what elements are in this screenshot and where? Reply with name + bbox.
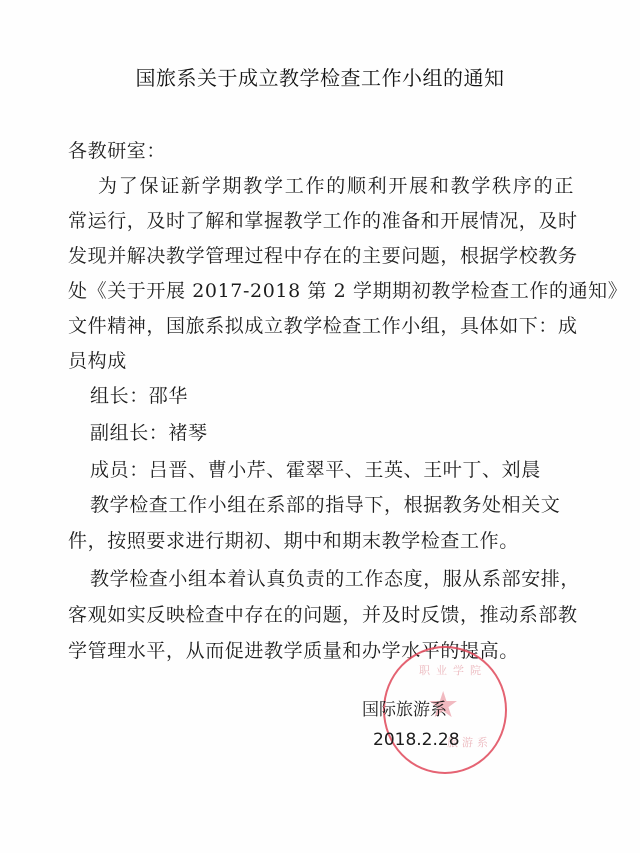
paragraph-line: 处《关于开展 2017-2018 第 2 学期期初教学检查工作的通知》: [68, 280, 574, 302]
paragraph-line: 件，按照要求进行期初、期中和期末教学检查工作。: [68, 530, 519, 552]
paragraph-line: 教学检查工作小组在系部的指导下，根据教务处相关文: [90, 494, 560, 516]
salutation: 各教研室：: [68, 140, 166, 162]
paragraph-line: 为了保证新学期教学工作的顺利开展和教学秩序的正: [98, 175, 574, 197]
deputy-group-leader: 副组长：褚琴: [90, 422, 208, 444]
paragraph-line: 教学检查小组本着认真负责的工作态度，服从系部安排，: [90, 568, 580, 590]
group-members: 成员：吕晋、曹小芹、霍翠平、王英、王叶丁、刘晨: [90, 459, 541, 481]
signature-date: 2018.2.28: [373, 730, 460, 750]
paragraph-line: 员构成: [68, 350, 127, 372]
paragraph-line: 客观如实反映检查中存在的问题，并及时反馈，推动系部教: [68, 604, 578, 626]
document-page: 国旅系关于成立教学检查工作小组的通知 各教研室： 为了保证新学期教学工作的顺利开…: [0, 0, 640, 853]
paragraph-line: 发现并解决教学管理过程中存在的主要问题，根据学校教务: [68, 245, 574, 267]
paragraph-line: 文件精神，国旅系拟成立教学检查工作小组，具体如下：成: [68, 315, 574, 337]
paragraph-line: 常运行，及时了解和掌握教学工作的准备和开展情况，及时: [68, 210, 574, 232]
group-leader: 组长：邵华: [90, 385, 188, 407]
document-title: 国旅系关于成立教学检查工作小组的通知: [0, 62, 640, 91]
signature-department: 国际旅游系: [362, 695, 447, 720]
seal-arc-text-top: 职业学院: [419, 662, 487, 678]
